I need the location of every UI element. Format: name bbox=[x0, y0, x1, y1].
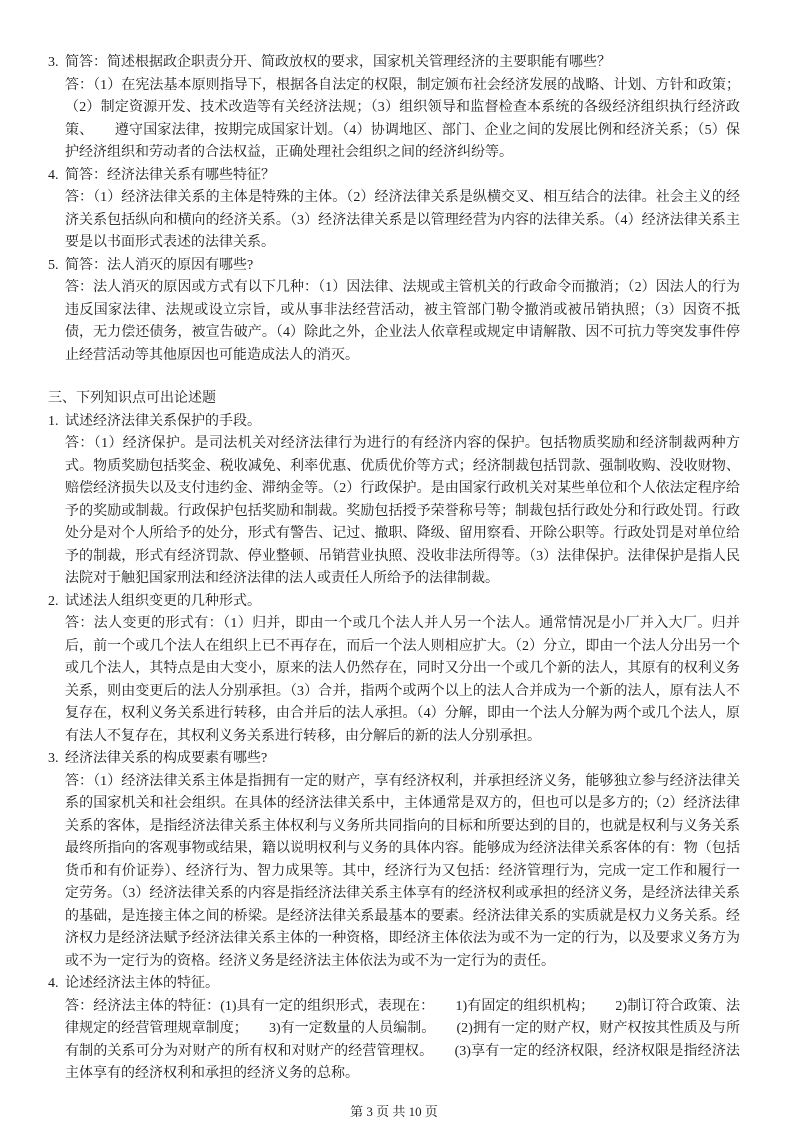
document-content: 3. 简答：简述根据政企职责分开、简政放权的要求，国家机关管理经济的主要职能有哪… bbox=[48, 52, 740, 1122]
qa-item-3: 3. 简答：简述根据政企职责分开、简政放权的要求，国家机关管理经济的主要职能有哪… bbox=[48, 52, 740, 165]
question-text: 试述经济法律关系保护的手段。 bbox=[65, 411, 740, 434]
qa-item-4: 4. 简答：经济法律关系有哪些特征？ 答：（1）经济法律关系的主体是特殊的主体。… bbox=[48, 165, 740, 255]
answer-text: 答：（1）在宪法基本原则指导下，根据各自法定的权限，制定颁布社会经济发展的战略、… bbox=[65, 75, 740, 165]
essay-item-3: 3. 经济法律关系的构成要素有哪些? 答：（1）经济法律关系主体是指拥有一定的财… bbox=[48, 748, 740, 973]
item-number: 3. bbox=[48, 52, 59, 75]
document-page: 3. 简答：简述根据政企职责分开、简政放权的要求，国家机关管理经济的主要职能有哪… bbox=[0, 0, 793, 1122]
item-number: 3. bbox=[48, 748, 59, 771]
question-text: 简答：经济法律关系有哪些特征？ bbox=[65, 165, 740, 188]
question-text: 试述法人组织变更的几种形式。 bbox=[65, 591, 740, 614]
essay-item-2: 2. 试述法人组织变更的几种形式。 答：法人变更的形式有：（1）归并，即由一个或… bbox=[48, 591, 740, 749]
question-text: 经济法律关系的构成要素有哪些? bbox=[65, 748, 740, 771]
section-title: 三、下列知识点可出论述题 bbox=[48, 388, 740, 411]
answer-text: 答：法人变更的形式有：（1）归并，即由一个或几个法人并人另一个法人。通常情况是小… bbox=[65, 613, 740, 748]
answer-text: 答：（1）经济法律关系的主体是特殊的主体。（2）经济法律关系是纵横交叉、相互结合… bbox=[65, 187, 740, 255]
page-footer: 第 3 页 共 10 页 bbox=[48, 1101, 740, 1122]
answer-text: 答：法人消灭的原因或方式有以下几种：（1）因法律、法规或主管机关的行政命令而撤消… bbox=[65, 277, 740, 367]
item-number: 2. bbox=[48, 591, 59, 614]
qa-item-5: 5. 简答：法人消灭的原因有哪些? 答：法人消灭的原因或方式有以下几种：（1）因… bbox=[48, 255, 740, 368]
answer-text: 答：（1）经济保护。是司法机关对经济法律行为进行的有经济内容的保护。包括物质奖励… bbox=[65, 433, 740, 591]
page-number-text: 第 3 页 共 10 页 bbox=[350, 1104, 438, 1119]
item-number: 1. bbox=[48, 411, 59, 434]
question-text: 论述经济法主体的特征。 bbox=[65, 973, 740, 996]
item-number: 4. bbox=[48, 165, 59, 188]
essay-item-4: 4. 论述经济法主体的特征。 答：经济法主体的特征：(1)具有一定的组织形式，表… bbox=[48, 973, 740, 1086]
question-text: 简答：法人消灭的原因有哪些? bbox=[65, 255, 740, 278]
item-number: 4. bbox=[48, 973, 59, 996]
answer-text: 答：经济法主体的特征：(1)具有一定的组织形式，表现在： 1)有固定的组织机构；… bbox=[65, 996, 740, 1086]
essay-item-1: 1. 试述经济法律关系保护的手段。 答：（1）经济保护。是司法机关对经济法律行为… bbox=[48, 411, 740, 591]
question-text: 简答：简述根据政企职责分开、简政放权的要求，国家机关管理经济的主要职能有哪些？ bbox=[65, 52, 740, 75]
item-number: 5. bbox=[48, 255, 59, 278]
answer-text: 答：（1）经济法律关系主体是指拥有一定的财产，享有经济权利，并承担经济义务，能够… bbox=[65, 771, 740, 974]
